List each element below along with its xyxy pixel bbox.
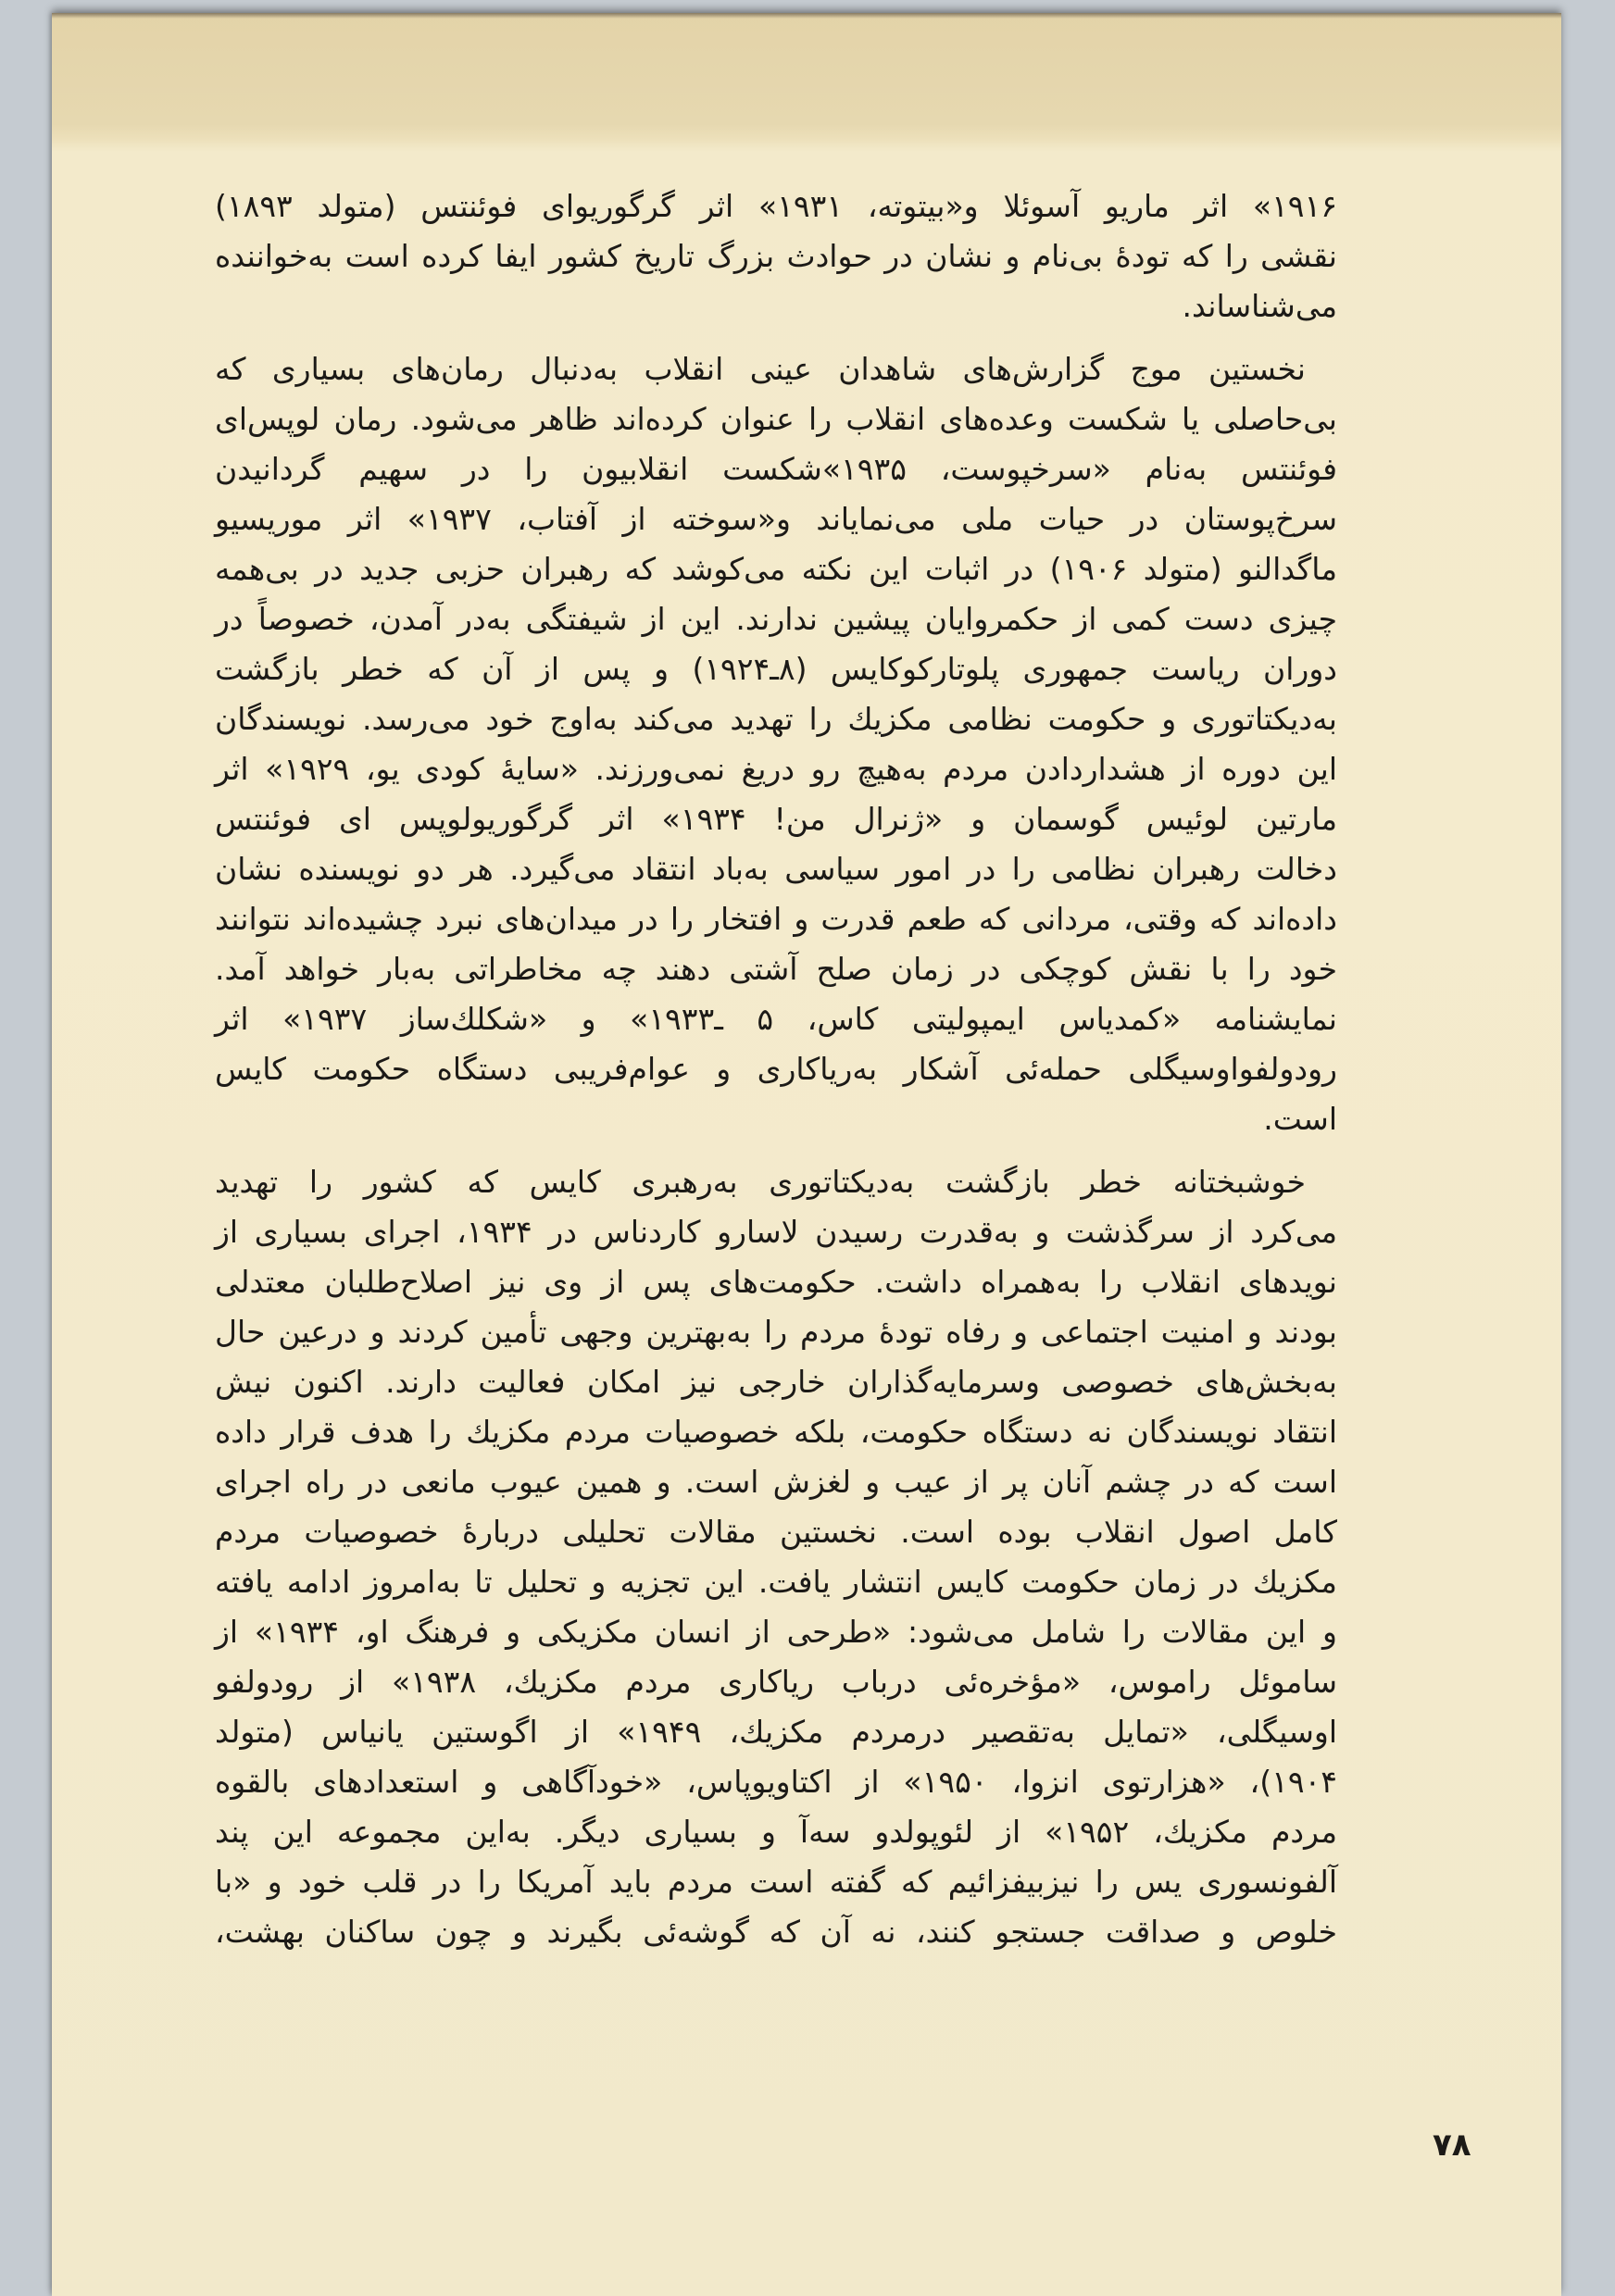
- text-line: خود را با نقش کوچکی در زمان صلح آشتی دهن…: [215, 944, 1337, 994]
- text-line: است که در چشم آنان پر از عیب و لغزش است.…: [215, 1457, 1337, 1507]
- text-line: می‌کرد از سرگذشت و به‌قدرت رسیدن لاسارو …: [215, 1207, 1337, 1257]
- text-line: ۱۹۱۶» اثر ماریو آسوئلا و«بیتوته، ۱۹۳۱» ا…: [215, 181, 1337, 231]
- text-line: ساموئل راموس، «مؤخره‌ئی درباب ریاکاری مر…: [215, 1657, 1337, 1707]
- page-top-shadow: [52, 13, 1561, 19]
- book-page: ۱۹۱۶» اثر ماریو آسوئلا و«بیتوته، ۱۹۳۱» ا…: [52, 13, 1561, 2296]
- text-line: نخستین موج گزارش‌های شاهدان عینی انقلاب …: [215, 344, 1337, 394]
- text-line: بودند و امنیت اجتماعی و رفاه تودهٔ مردم …: [215, 1307, 1337, 1357]
- text-line: به‌بخش‌های خصوصی وسرمایه‌گذاران خارجی نی…: [215, 1357, 1337, 1407]
- text-line: آلفونسوری یس را نیزبیفزائیم که گفته است …: [215, 1857, 1337, 1907]
- text-line: ۱۹۰۴)، «هزارتوی انزوا، ۱۹۵۰» از اکتاویوپ…: [215, 1757, 1337, 1807]
- text-line: مارتین لوئیس گوسمان و «ژنرال من! ۱۹۳۴» ا…: [215, 794, 1337, 844]
- text-line: مکزیك در زمان حکومت کایس انتشار یافت. ای…: [215, 1557, 1337, 1607]
- text-line: بی‌حاصلی یا شکست وعده‌های انقلاب را عنوا…: [215, 394, 1337, 444]
- text-line: داده‌اند که وقتی، مردانی که طعم قدرت و ا…: [215, 894, 1337, 944]
- text-line: رودولفواوسیگلی حمله‌ئی آشکار به‌ریاکاری …: [215, 1044, 1337, 1094]
- text-line: است.: [215, 1094, 1337, 1144]
- text-line: به‌دیکتاتوری و حکومت نظامی مکزیك را تهدی…: [215, 694, 1337, 744]
- text-line: سرخ‌پوستان در حیات ملی می‌نمایاند و«سوخت…: [215, 494, 1337, 544]
- text-line: نقشی را که تودهٔ بی‌نام و نشان در حوادث …: [215, 231, 1337, 281]
- paragraph: نخستین موج گزارش‌های شاهدان عینی انقلاب …: [215, 344, 1337, 1144]
- text-line: انتقاد نویسندگان نه دستگاه حکومت، بلکه خ…: [215, 1407, 1337, 1457]
- text-line: خلوص و صداقت جستجو کنند، نه آن که گوشه‌ئ…: [215, 1907, 1337, 1957]
- text-line: این دوره از هشداردادن مردم به‌هیچ رو دری…: [215, 744, 1337, 794]
- text-line: دوران ریاست جمهوری پلوتارکوکایس (۸ـ۱۹۲۴)…: [215, 644, 1337, 694]
- paragraph: ۱۹۱۶» اثر ماریو آسوئلا و«بیتوته، ۱۹۳۱» ا…: [215, 181, 1337, 331]
- page-number: ۷۸: [1433, 2127, 1471, 2164]
- text-line: می‌شناساند.: [215, 281, 1337, 331]
- paragraph: خوشبختانه خطر بازگشت به‌دیکتاتوری به‌رهب…: [215, 1157, 1337, 1957]
- text-line: دخالت رهبران نظامی را در امور سیاسی به‌ب…: [215, 844, 1337, 894]
- text-line: اوسیگلی، «تمایل به‌تقصیر درمردم مکزیك، ۱…: [215, 1707, 1337, 1757]
- text-line: کامل اصول انقلاب بوده است. نخستین مقالات…: [215, 1507, 1337, 1557]
- text-line: مردم مکزیك، ۱۹۵۲» از لئوپولدو سه‌آ و بسی…: [215, 1807, 1337, 1857]
- text-line: چیزی دست کمی از حکمروایان پیشین ندارند. …: [215, 594, 1337, 644]
- body-text: ۱۹۱۶» اثر ماریو آسوئلا و«بیتوته، ۱۹۳۱» ا…: [215, 181, 1337, 1957]
- text-line: نویدهای انقلاب را به‌همراه داشت. حکومت‌ه…: [215, 1257, 1337, 1307]
- text-line: ماگدالنو (متولد ۱۹۰۶) در اثبات این نکته …: [215, 544, 1337, 594]
- text-line: و این مقالات را شامل می‌شود: «طرحی از ان…: [215, 1607, 1337, 1657]
- text-line: فوئنتس به‌نام «سرخپوست، ۱۹۳۵»شکست انقلاب…: [215, 444, 1337, 494]
- text-line: خوشبختانه خطر بازگشت به‌دیکتاتوری به‌رهب…: [215, 1157, 1337, 1207]
- text-line: نمایشنامه «کمدیاس ایمپولیتی کاس، ۵ ـ۱۹۳۳…: [215, 994, 1337, 1044]
